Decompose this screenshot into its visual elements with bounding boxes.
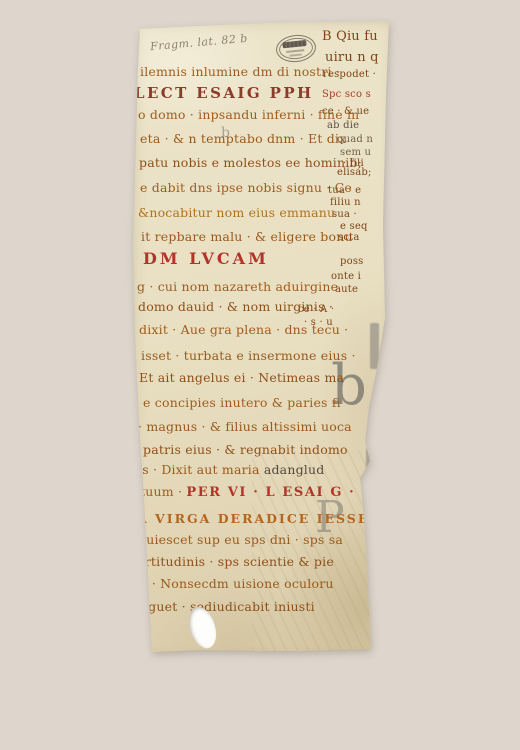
margin-line: B Qiu fu xyxy=(322,30,378,43)
bleedthrough-text: adanglud xyxy=(264,462,325,477)
manuscript-fragment: Fragm. lat. 82 b b P b ilemnis inlumine … xyxy=(132,20,394,660)
margin-line: ce · & ue xyxy=(322,107,369,117)
margin-line: scta xyxy=(338,233,360,243)
margin-line: sua · xyxy=(332,210,357,220)
text-line: rguet · sediudicabit iniusti xyxy=(142,601,315,614)
rubric-line: tuum · PER VI · L ESAI G · PPH xyxy=(140,486,398,499)
text-line: patu nobis e molestos ee hominib; xyxy=(139,157,362,170)
margin-line: ab die xyxy=(327,121,359,131)
margin-line: onte i xyxy=(331,272,361,282)
text-line: quiescet sup eu sps dni · sps sa xyxy=(138,534,343,547)
library-stamp-icon xyxy=(275,33,318,64)
margin-line: elisab; xyxy=(337,168,372,178)
text-line: e dabit dns ipse nobis signu · Ce xyxy=(140,182,352,195)
margin-line: ce · A · xyxy=(298,305,334,315)
text-line: ilemnis inlumine dm di nostri · xyxy=(140,66,340,79)
text-line: ortitudinis · sps scientie & pie xyxy=(137,556,334,569)
text-line: it repbare malu · & eligere bonu xyxy=(141,231,353,244)
margin-line: poss xyxy=(340,257,364,267)
edge-smudge xyxy=(366,448,375,478)
text-line: g · cui nom nazareth aduirgine xyxy=(137,281,338,294)
margin-line: tua · e xyxy=(328,186,361,196)
margin-line: · s · u xyxy=(304,318,333,328)
text-line-segment: tuum · xyxy=(140,484,186,499)
margin-line: quad n xyxy=(337,135,373,145)
edge-smudge xyxy=(370,323,379,369)
margin-line: e seq xyxy=(340,222,368,232)
text-line: isset · turbata e insermone eius · xyxy=(141,350,356,363)
rubric-segment: PER VI · L ESAI G · PPH xyxy=(186,485,398,500)
margin-line: Spc sco s xyxy=(322,90,371,100)
rubric-line: A VIRGA DERADICE IESSE · xyxy=(137,513,382,526)
photograph: Fragm. lat. 82 b b P b ilemnis inlumine … xyxy=(0,0,520,750)
text-line-segment: is · Dixit aut maria xyxy=(138,462,264,477)
margin-line: aute xyxy=(335,285,358,295)
rubric-line: LECT ESAIG PPH xyxy=(134,86,314,101)
margin-line: respodet · xyxy=(323,70,376,80)
rubric-line: DM LVCAM xyxy=(143,251,269,267)
text-line: is · Dixit aut maria adanglud xyxy=(138,464,324,477)
margin-line: uiru n q xyxy=(325,51,379,64)
text-line: eta · & n temptabo dnm · Et dix xyxy=(140,133,346,146)
parchment: Fragm. lat. 82 b b P b ilemnis inlumine … xyxy=(132,20,394,660)
text-line: a · Nonsecdm uisione oculoru xyxy=(140,578,334,591)
photo-backdrop: { "scene": { "background_color": "#ded6c… xyxy=(0,0,520,750)
text-line: e concipies inutero & paries fi xyxy=(143,397,341,410)
margin-line: filiu n xyxy=(330,198,361,208)
text-line: · magnus · & filius altissimi uoca xyxy=(138,421,352,434)
parchment-wrinkles xyxy=(252,450,387,650)
text-line: Et ait angelus ei · Netimeas ma xyxy=(139,372,344,385)
margin-line: sem u xyxy=(340,148,371,158)
text-line: patris eius · & regnabit indomo xyxy=(143,444,348,457)
text-line: &nocabitur nom eius emmanu xyxy=(138,207,335,220)
shelfmark-annotation: Fragm. lat. 82 b xyxy=(150,32,249,53)
